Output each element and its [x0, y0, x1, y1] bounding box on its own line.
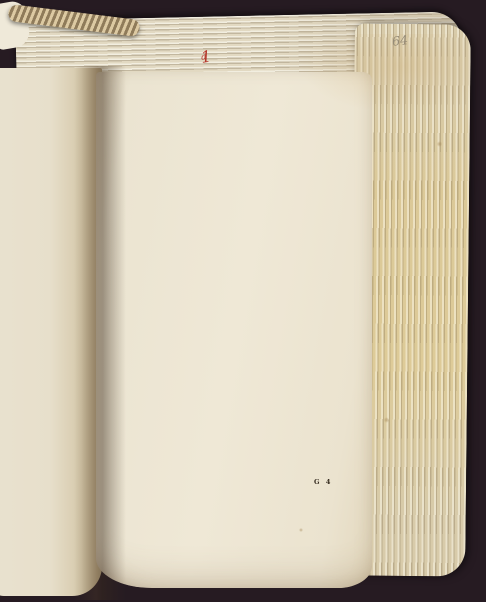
foxing-speck: [384, 417, 389, 423]
foxing-speck: [437, 141, 442, 147]
quire-signature: G 4: [314, 478, 360, 486]
folio-number: 64: [391, 32, 409, 49]
gutter-shadow: [74, 66, 126, 600]
foxing-speck: [299, 528, 303, 532]
incunabulum-photo: tur q̄ uirtute alienaralia quae obuiāg a…: [0, 0, 486, 602]
recto-page: naturales, placere nisi ille solus qui ē…: [96, 72, 372, 588]
facing-page-text-fragment: tur q̄ uirtute alienaralia quae obuiāg a…: [0, 98, 62, 104]
